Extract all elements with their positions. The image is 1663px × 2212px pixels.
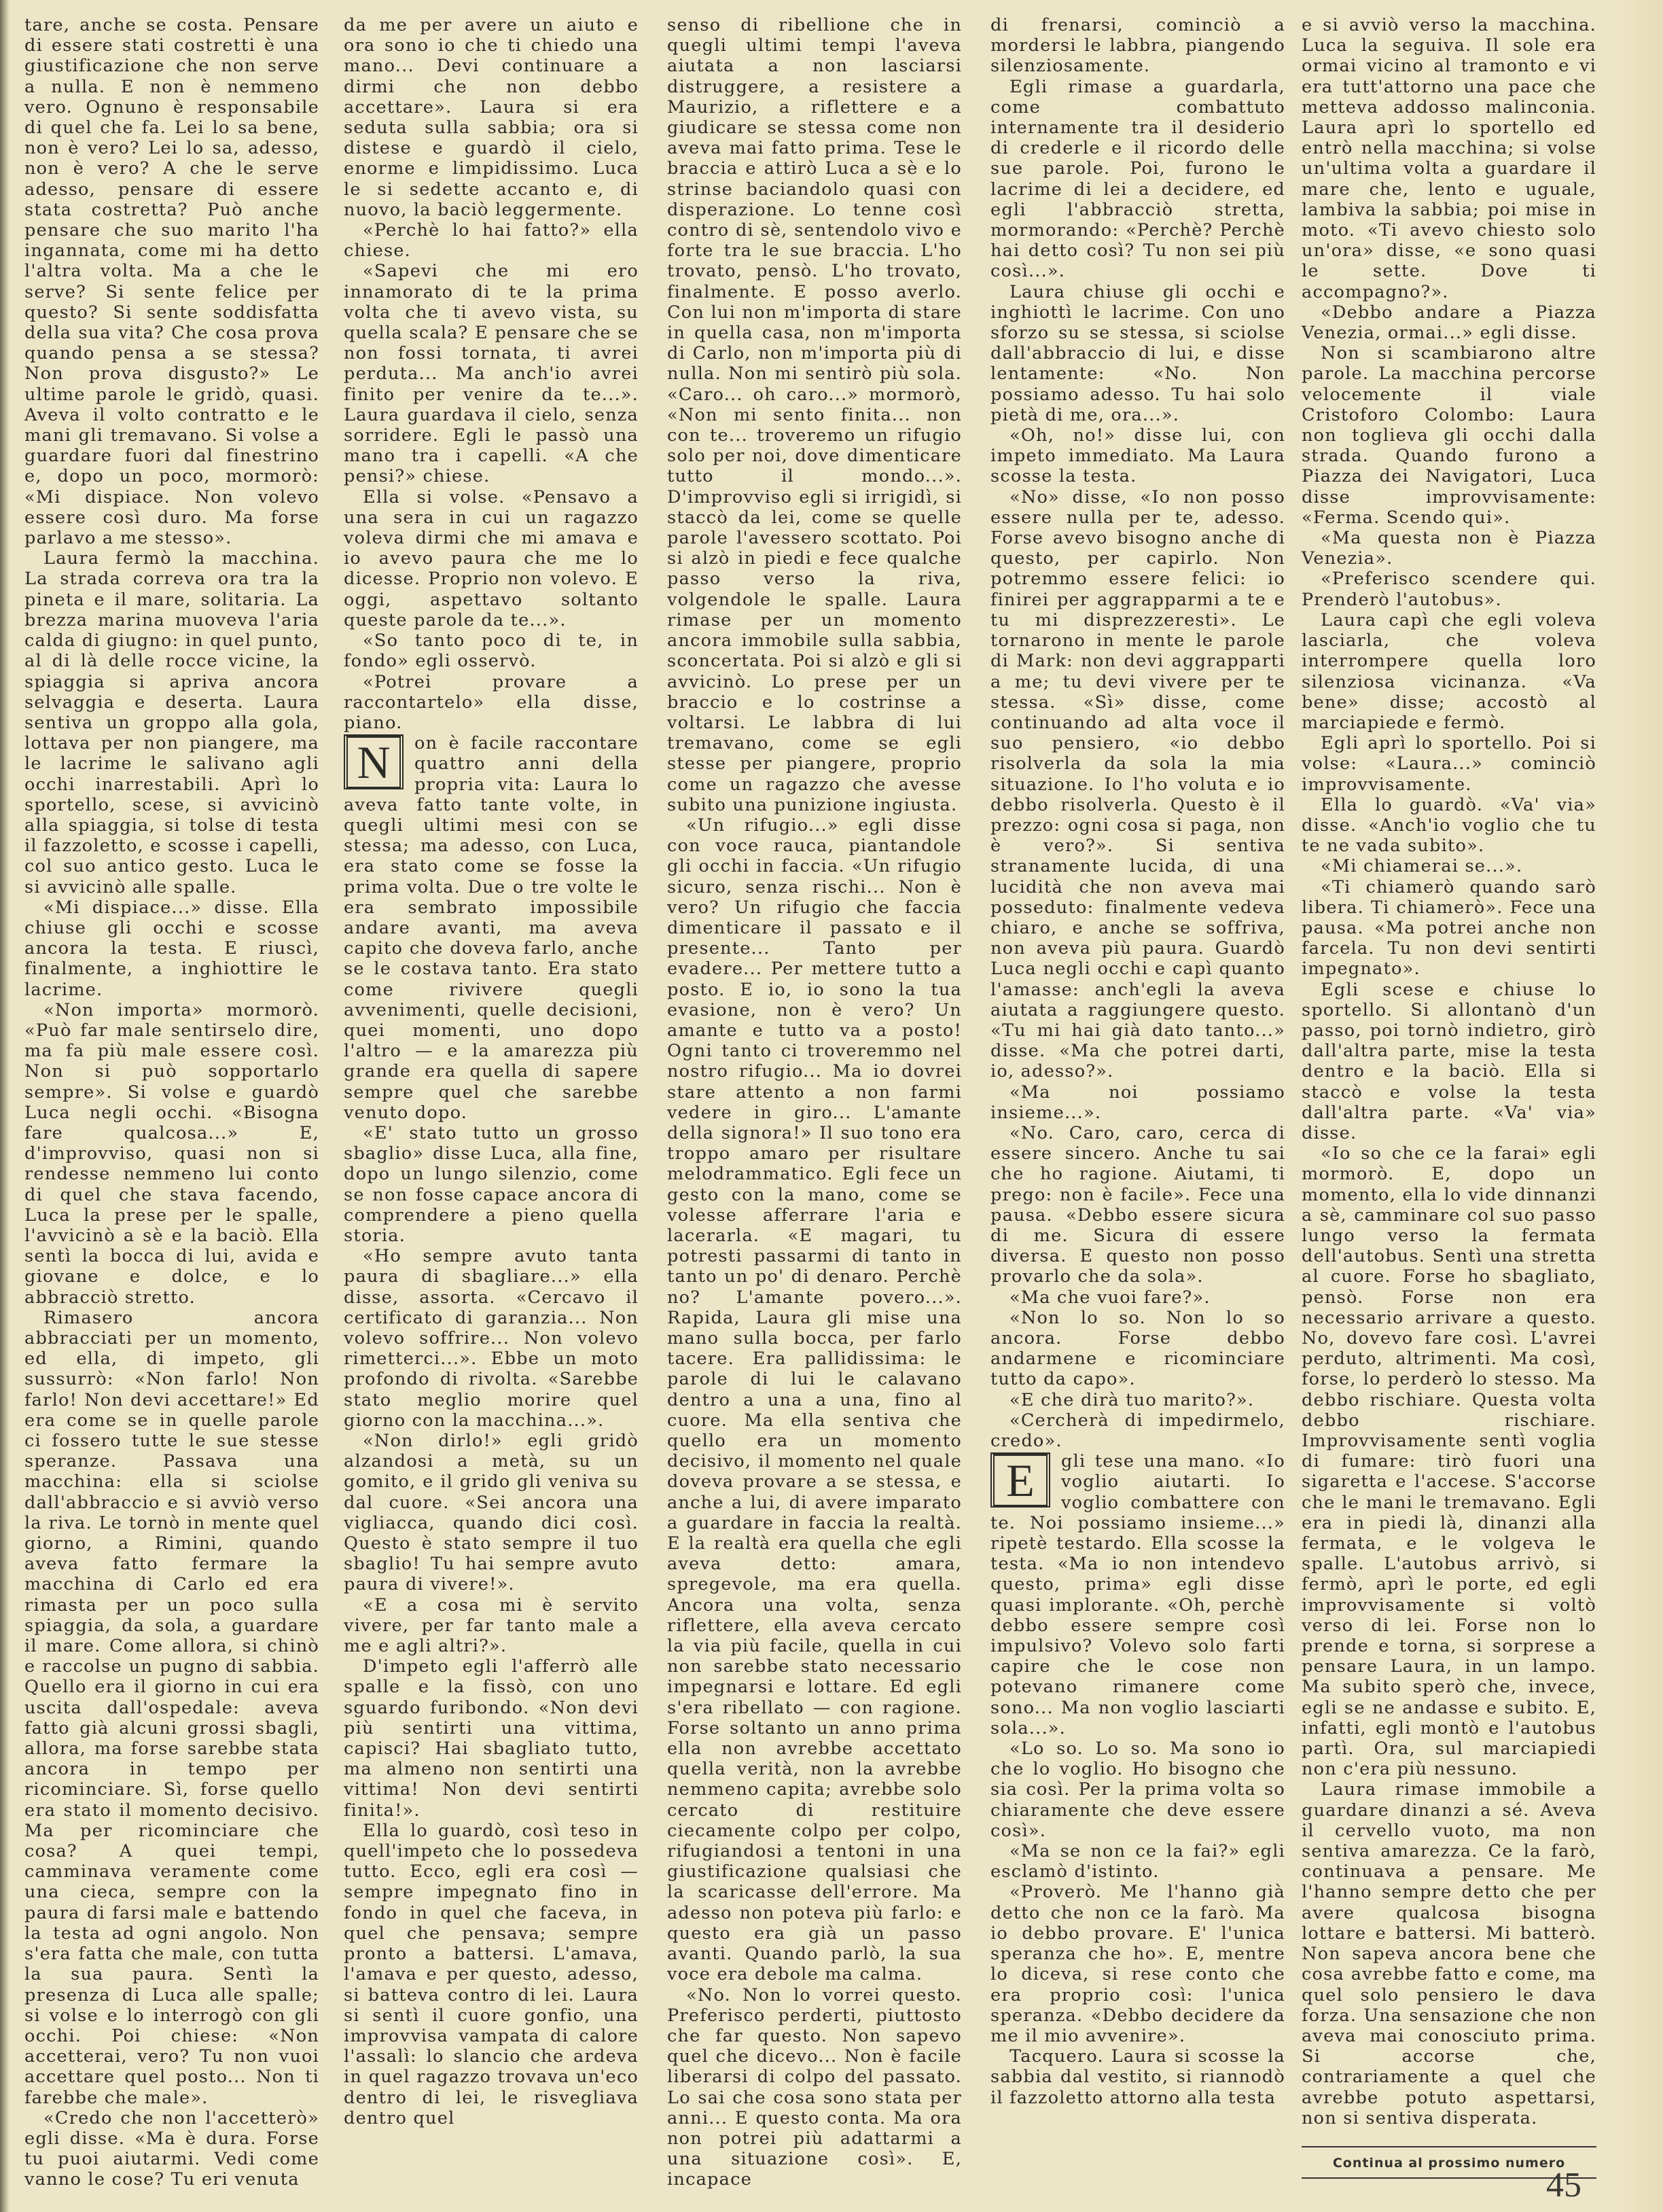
- paragraph: «Proverò. Me l'hanno già detto che non c…: [990, 1882, 1285, 2046]
- page-number: 45: [1546, 2165, 1581, 2205]
- paragraph-text: e si avviò verso la macchina. Luca la se…: [1302, 15, 1596, 302]
- section-opening-paragraph: Non è facile raccontare quattro anni del…: [344, 733, 639, 1123]
- paragraph: Ella lo guardò, così teso in quell'impet…: [344, 1821, 639, 2128]
- paragraph-text: Laura chiuse gli occhi e inghiottì le la…: [990, 282, 1285, 425]
- paragraph-text: «Non importa» mormorò. «Può far male sen…: [24, 1000, 319, 1308]
- paragraph-text: Laura fermò la macchina. La strada corre…: [24, 548, 319, 897]
- paragraph: Egli rimase a guardarla, come combattuto…: [990, 77, 1285, 282]
- paragraph-text: Rimasero ancora abbracciati per un momen…: [24, 1308, 319, 2108]
- paragraph: «Un rifugio...» egli disse con voce rauc…: [667, 815, 962, 1985]
- paragraph-text: «No. Non lo vorrei questo. Preferisco pe…: [667, 1985, 962, 2190]
- paragraph-text: «Non dirlo!» egli gridò alzandosi a metà…: [344, 1431, 639, 1594]
- paragraph: da me per avere un aiuto e ora sono io c…: [344, 15, 639, 220]
- paragraph: «Ti chiamerò quando sarò libera. Ti chia…: [1302, 877, 1596, 980]
- paragraph-text: «Io so che ce la farai» egli mormorò. E,…: [1302, 1143, 1596, 1779]
- paragraph: «Perchè lo hai fatto?» ella chiese.: [344, 220, 639, 261]
- paragraph-text: «Cercherà di impedirmelo, credo».: [990, 1410, 1285, 1451]
- paragraph: di frenarsi, cominciò a mordersi le labb…: [990, 15, 1285, 77]
- paragraph-text: «Ma se non ce la fai?» egli esclamò d'is…: [990, 1841, 1285, 1882]
- paragraph: senso di ribellione che in quegli ultimi…: [667, 15, 962, 815]
- paragraph-text: «E' stato tutto un grosso sbaglio» disse…: [344, 1123, 639, 1246]
- paragraph: «So tanto poco di te, in fondo» egli oss…: [344, 630, 639, 671]
- paragraph-text: senso di ribellione che in quegli ultimi…: [667, 15, 962, 815]
- paragraph-text: Laura rimase immobile a guardare dinanzi…: [1302, 1779, 1596, 2128]
- paragraph: «Ho sempre avuto tanta paura di sbagliar…: [344, 1246, 639, 1431]
- paragraph: «E che dirà tuo marito?».: [990, 1390, 1285, 1410]
- text-column-5: e si avviò verso la macchina. Luca la se…: [1302, 15, 1596, 2179]
- paragraph-text: «Ma che vuoi fare?».: [1009, 1287, 1211, 1308]
- paragraph-text: «So tanto poco di te, in fondo» egli oss…: [344, 630, 639, 671]
- paragraph: Egli scese e chiuse lo sportello. Si all…: [1302, 980, 1596, 1144]
- paragraph-text: Ella lo guardò. «Va' via» disse. «Anch'i…: [1302, 795, 1596, 856]
- paragraph-text: «Credo che non l'accetterò» egli disse. …: [24, 2108, 319, 2190]
- paragraph: Laura capì che egli voleva lasciarla, ch…: [1302, 610, 1596, 733]
- section-opening-paragraph: Egli tese una mano. «Io voglio aiutarti.…: [990, 1451, 1285, 1738]
- paragraph-text: da me per avere un aiuto e ora sono io c…: [344, 15, 639, 220]
- text-column-2: da me per avere un aiuto e ora sono io c…: [344, 15, 639, 2128]
- paragraph: «Potrei provare a raccontartelo» ella di…: [344, 672, 639, 734]
- paragraph: tare, anche se costa. Pensare di essere …: [24, 15, 319, 548]
- paragraph: Laura fermò la macchina. La strada corre…: [24, 548, 319, 897]
- paragraph: «Io so che ce la farai» egli mormorò. E,…: [1302, 1143, 1596, 1779]
- paragraph: «Sapevi che mi ero innamorato di te la p…: [344, 261, 639, 486]
- paragraph-text: «Ma noi possiamo insieme...».: [990, 1082, 1285, 1123]
- paragraph-text: «Non lo so. Non lo so ancora. Forse debb…: [990, 1308, 1285, 1390]
- paragraph: «No. Caro, caro, cerca di essere sincero…: [990, 1123, 1285, 1287]
- paragraph: D'impeto egli l'afferrò alle spalle e la…: [344, 1656, 639, 1821]
- paragraph-text: Egli rimase a guardarla, come combattuto…: [990, 77, 1285, 282]
- drop-cap: N: [344, 734, 404, 789]
- paragraph-text: Ella lo guardò, così teso in quell'impet…: [344, 1821, 639, 2128]
- paragraph: «Ma se non ce la fai?» egli esclamò d'is…: [990, 1841, 1285, 1882]
- paragraph: «Ma che vuoi fare?».: [990, 1287, 1285, 1308]
- paragraph: «No. Non lo vorrei questo. Preferisco pe…: [667, 1985, 962, 2190]
- text-column-3: senso di ribellione che in quegli ultimi…: [667, 15, 962, 2190]
- paragraph: «E' stato tutto un grosso sbaglio» disse…: [344, 1123, 639, 1246]
- paragraph-text: Egli scese e chiuse lo sportello. Si all…: [1302, 980, 1596, 1143]
- paragraph: «E a cosa mi è servito vivere, per far t…: [344, 1595, 639, 1657]
- paragraph-text: «Mi dispiace...» disse. Ella chiuse gli …: [24, 897, 319, 1000]
- paragraph-text: di frenarsi, cominciò a mordersi le labb…: [990, 15, 1285, 76]
- paragraph-text: «Perchè lo hai fatto?» ella chiese.: [344, 220, 639, 261]
- text-column-1: tare, anche se costa. Pensare di essere …: [24, 15, 319, 2190]
- paragraph-text: «Ho sempre avuto tanta paura di sbagliar…: [344, 1246, 639, 1431]
- magazine-page: tare, anche se costa. Pensare di essere …: [24, 15, 1601, 2175]
- paragraph-text: Ella si volse. «Pensavo a una sera in cu…: [344, 487, 639, 630]
- paragraph-text: «Un rifugio...» egli disse con voce rauc…: [667, 815, 962, 1984]
- paragraph-text: «Preferisco scendere qui. Prenderò l'aut…: [1302, 569, 1596, 609]
- paragraph-text: on è facile raccontare quattro anni dell…: [344, 733, 639, 1123]
- paragraph: «Credo che non l'accetterò» egli disse. …: [24, 2108, 319, 2190]
- paragraph: «Mi chiamerai se...».: [1302, 856, 1596, 876]
- paragraph: Laura chiuse gli occhi e inghiottì le la…: [990, 282, 1285, 425]
- paragraph-text: «No» disse, «Io non posso essere nulla p…: [990, 487, 1285, 1082]
- paragraph: «Oh, no!» disse lui, con impeto immediat…: [990, 425, 1285, 487]
- paragraph: Ella lo guardò. «Va' via» disse. «Anch'i…: [1302, 795, 1596, 857]
- paragraph-text: D'impeto egli l'afferrò alle spalle e la…: [344, 1656, 639, 1820]
- paragraph-text: «Lo so. Lo so. Ma sono io che lo voglio.…: [990, 1738, 1285, 1841]
- paragraph: «No» disse, «Io non posso essere nulla p…: [990, 487, 1285, 1082]
- paragraph: Rimasero ancora abbracciati per un momen…: [24, 1308, 319, 2108]
- paragraph-text: Non si scambiarono altre parole. La macc…: [1302, 343, 1596, 528]
- paragraph-text: «E che dirà tuo marito?».: [1009, 1390, 1254, 1410]
- paragraph-text: «E a cosa mi è servito vivere, per far t…: [344, 1595, 639, 1656]
- paragraph: Laura rimase immobile a guardare dinanzi…: [1302, 1779, 1596, 2128]
- paragraph: «Non lo so. Non lo so ancora. Forse debb…: [990, 1308, 1285, 1390]
- paragraph: «Mi dispiace...» disse. Ella chiuse gli …: [24, 897, 319, 1000]
- paragraph-text: «Oh, no!» disse lui, con impeto immediat…: [990, 425, 1285, 486]
- paragraph: «Ma noi possiamo insieme...».: [990, 1082, 1285, 1123]
- paragraph-text: «Debbo andare a Piazza Venezia, ormai...…: [1302, 302, 1596, 343]
- paragraph: Egli aprì lo sportello. Poi si volse: «L…: [1302, 733, 1596, 795]
- paragraph: Tacquero. Laura si scosse la sabbia dal …: [990, 2046, 1285, 2108]
- paragraph: «Debbo andare a Piazza Venezia, ormai...…: [1302, 302, 1596, 343]
- paragraph: «Non importa» mormorò. «Può far male sen…: [24, 1000, 319, 1308]
- paragraph-text: tare, anche se costa. Pensare di essere …: [24, 15, 319, 548]
- paragraph-text: «Ma questa non è Piazza Venezia».: [1302, 528, 1596, 569]
- text-column-4: di frenarsi, cominciò a mordersi le labb…: [990, 15, 1285, 2108]
- paragraph-text: Egli aprì lo sportello. Poi si volse: «L…: [1302, 733, 1596, 794]
- paragraph: «Lo so. Lo so. Ma sono io che lo voglio.…: [990, 1738, 1285, 1841]
- paragraph-text: Tacquero. Laura si scosse la sabbia dal …: [990, 2046, 1285, 2107]
- paragraph: «Ma questa non è Piazza Venezia».: [1302, 528, 1596, 569]
- drop-cap: E: [990, 1452, 1050, 1508]
- paragraph-text: Laura capì che egli voleva lasciarla, ch…: [1302, 610, 1596, 733]
- paragraph-text: «No. Caro, caro, cerca di essere sincero…: [990, 1123, 1285, 1287]
- paragraph: Non si scambiarono altre parole. La macc…: [1302, 343, 1596, 528]
- paragraph-text: «Proverò. Me l'hanno già detto che non c…: [990, 1882, 1285, 2046]
- paragraph: «Preferisco scendere qui. Prenderò l'aut…: [1302, 569, 1596, 609]
- paragraph: «Non dirlo!» egli gridò alzandosi a metà…: [344, 1431, 639, 1595]
- paragraph: «Cercherà di impedirmelo, credo».: [990, 1410, 1285, 1451]
- paragraph-text: «Potrei provare a raccontartelo» ella di…: [344, 672, 639, 733]
- paragraph: e si avviò verso la macchina. Luca la se…: [1302, 15, 1596, 302]
- paragraph: Ella si volse. «Pensavo a una sera in cu…: [344, 487, 639, 630]
- paragraph-text: «Ti chiamerò quando sarò libera. Ti chia…: [1302, 877, 1596, 980]
- paragraph-text: «Mi chiamerai se...».: [1321, 856, 1522, 876]
- paragraph-text: «Sapevi che mi ero innamorato di te la p…: [344, 261, 639, 486]
